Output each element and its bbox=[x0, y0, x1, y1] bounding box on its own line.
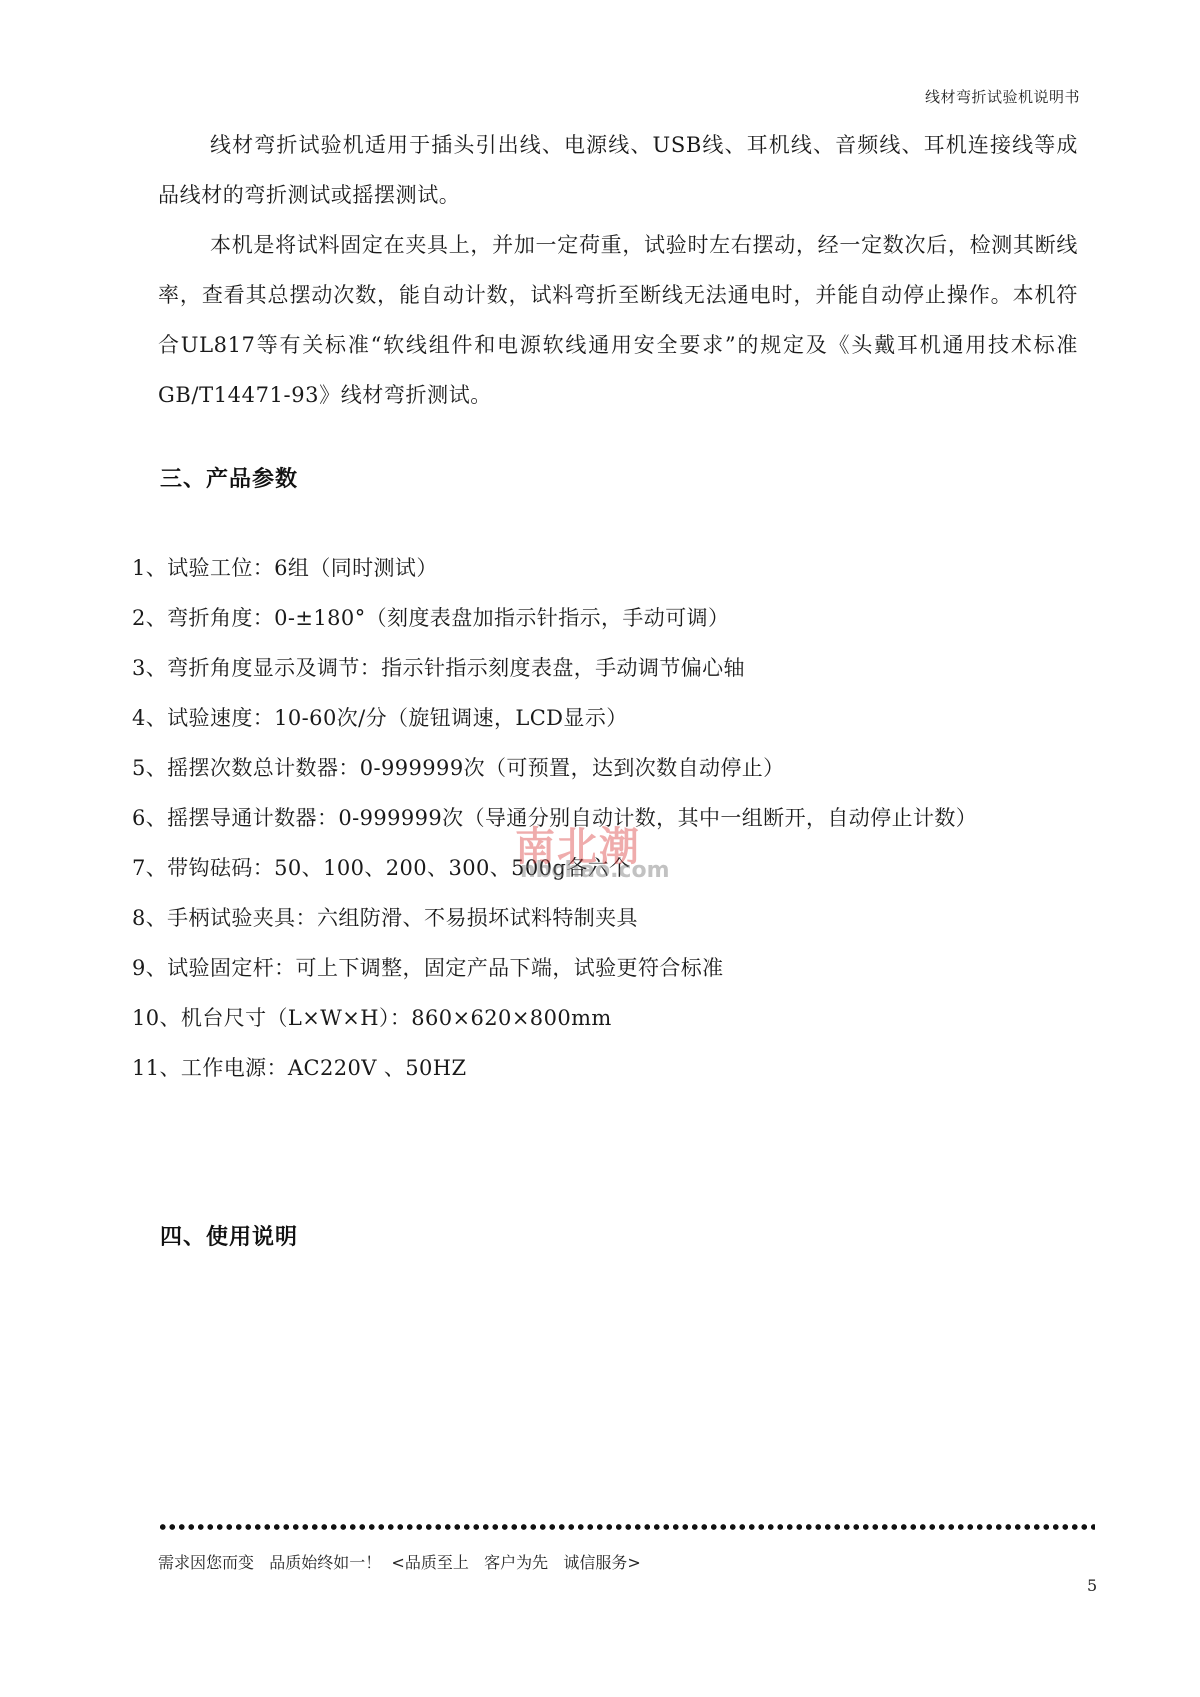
spec-item: 1、试验工位：6组（同时测试） bbox=[132, 548, 1132, 598]
spec-item: 3、弯折角度显示及调节：指示针指示刻度表盘，手动调节偏心轴 bbox=[132, 648, 1132, 698]
intro-paragraph-2: 本机是将试料固定在夹具上，并加一定荷重，试验时左右摆动，经一定数次后，检测其断线… bbox=[158, 220, 1078, 420]
section-heading-product-parameters: 三、产品参数 bbox=[160, 462, 298, 493]
intro-paragraph-1: 线材弯折试验机适用于插头引出线、电源线、USB线、耳机线、音频线、耳机连接线等成… bbox=[158, 120, 1078, 220]
spec-list: 1、试验工位：6组（同时测试） 2、弯折角度：0-±180°（刻度表盘加指示针指… bbox=[132, 548, 1132, 1098]
footer-dotted-divider bbox=[158, 1521, 1095, 1533]
spec-item: 5、摇摆次数总计数器：0-999999次（可预置，达到次数自动停止） bbox=[132, 748, 1132, 798]
spec-item: 8、手柄试验夹具：六组防滑、不易损坏试料特制夹具 bbox=[132, 898, 1132, 948]
spec-item: 9、试验固定杆：可上下调整，固定产品下端，试验更符合标准 bbox=[132, 948, 1132, 998]
section-heading-usage-instructions: 四、使用说明 bbox=[160, 1220, 298, 1251]
spec-item: 2、弯折角度：0-±180°（刻度表盘加指示针指示，手动可调） bbox=[132, 598, 1132, 648]
running-header-title: 线材弯折试验机说明书 bbox=[925, 86, 1080, 107]
page-number: 5 bbox=[1087, 1576, 1097, 1595]
spec-item: 4、试验速度：10-60次/分（旋钮调速，LCD显示） bbox=[132, 698, 1132, 748]
spec-item: 11、工作电源：AC220V 、50HZ bbox=[132, 1048, 1132, 1098]
spec-item: 6、摇摆导通计数器：0-999999次（导通分别自动计数，其中一组断开，自动停止… bbox=[132, 798, 1132, 848]
spec-item: 7、带钩砝码：50、100、200、300、500g各六个 bbox=[132, 848, 1132, 898]
footer-slogan: 需求因您而变 品质始终如一！ <品质至上 客户为先 诚信服务> bbox=[158, 1550, 641, 1573]
spec-item: 10、机台尺寸（L×W×H）：860×620×800mm bbox=[132, 998, 1132, 1048]
